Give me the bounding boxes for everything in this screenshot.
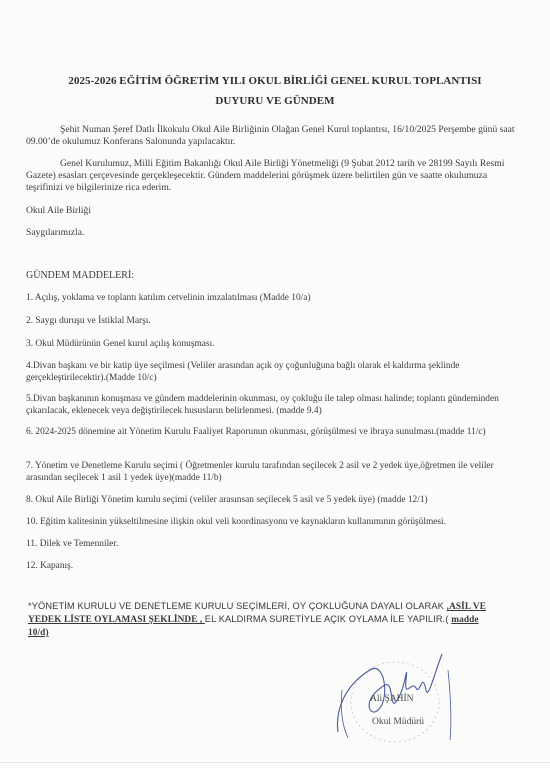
document-page: 2025-2026 EĞİTİM ÖĞRETİM YILI OKUL BİRLİ…	[0, 0, 550, 768]
agenda-item: 11. Dilek ve Temenniler.	[26, 538, 526, 550]
sender: Okul Aile Birliği	[26, 205, 526, 217]
agenda-item: 10. Eğitim kalitesinin yükseltilmesine i…	[26, 516, 526, 528]
agenda-item: 4.Divan başkanı ve bir katip üye seçilme…	[26, 360, 526, 384]
paragraph-regulation: Genel Kurulumuz, Milli Eğitim Bakanlığı …	[26, 158, 526, 194]
agenda-item: 8. Okul Aile Birliği Yönetim kurulu seçi…	[26, 494, 526, 506]
agenda-item: 12. Kapanış.	[26, 560, 526, 572]
agenda-item: 2. Saygı duruşu ve İstiklal Marşı.	[26, 315, 526, 327]
agenda-item: 5.Divan başkanının konuşması ve gündem m…	[26, 393, 526, 417]
note-text: EL KALDIRMA SURETİYLE AÇIK OYLAMA İLE YA…	[205, 614, 451, 624]
paragraph-announcement: Şehit Numan Şeref Datlı İlkokulu Okul Ai…	[26, 124, 526, 148]
note-text: *YÖNETİM KURULU VE DENETLEME KURULU SEÇİ…	[28, 601, 447, 611]
agenda-item: 6. 2024-2025 dönemine ait Yönetim Kurulu…	[26, 426, 526, 438]
signatory-role: Okul Müdürü	[372, 717, 424, 727]
signatory-name: Ali ŞAHİN	[370, 694, 414, 704]
agenda-item: 7. Yönetim ve Denetleme Kurulu seçimi ( …	[26, 460, 526, 484]
closing: Saygılarımızla.	[26, 227, 526, 239]
document-subtitle: DUYURU VE GÜNDEM	[0, 95, 550, 107]
agenda-heading: GÜNDEM MADDELERİ:	[26, 270, 526, 282]
document-title: 2025-2026 EĞİTİM ÖĞRETİM YILI OKUL BİRLİ…	[0, 75, 550, 87]
agenda-item: 1. Açılış, yoklama ve toplantı katılım c…	[26, 292, 526, 304]
agenda-item: 3. Okul Müdürünün Genel kurul açılış kon…	[26, 338, 526, 350]
page-edge	[0, 762, 550, 763]
election-note: *YÖNETİM KURULU VE DENETLEME KURULU SEÇİ…	[28, 600, 498, 639]
